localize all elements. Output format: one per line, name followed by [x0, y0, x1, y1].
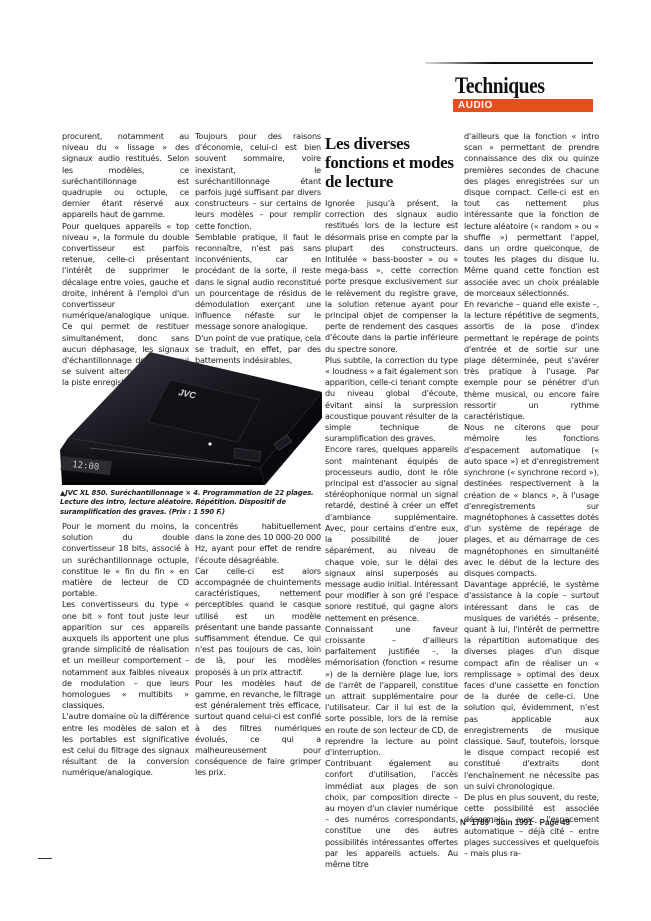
column-2-bottom: concentrés habituellement dans la zone d… — [195, 521, 321, 779]
paragraph: Nous ne citerons que pour mémoire les fo… — [464, 422, 599, 579]
paragraph: En revanche – quand elle existe –, la le… — [464, 299, 599, 422]
header-rule — [425, 62, 593, 64]
paragraph: d'ailleurs que la fonction « intro scan … — [464, 131, 599, 299]
paragraph: Pour les modèles haut de gamme, en revan… — [195, 678, 321, 779]
paragraph: Contribuant également au confort d'utili… — [325, 758, 458, 870]
column-2-top: Toujours pour des raisons d'économie, ce… — [195, 131, 321, 366]
paragraph: Encore rares, quelques appareils sont ma… — [325, 444, 458, 623]
photo-caption: ▲JVC XL 850. Suréchantillonnage × 4. Pro… — [60, 489, 325, 517]
product-photo: JVC 12:00 — [60, 340, 322, 485]
subsection-label: AUDIO — [458, 99, 493, 112]
column-1-bottom: Pour le moment du moins, la solution du … — [62, 521, 189, 779]
paragraph: Toujours pour des raisons d'économie, ce… — [195, 131, 321, 232]
article-heading: Les diverses fonctions et modes de lectu… — [325, 134, 465, 191]
paragraph: procurent, notamment au niveau du « liss… — [62, 131, 189, 221]
paragraph: Les convertisseurs du type « one bit » f… — [62, 599, 189, 711]
paragraph: Pour le moment du moins, la solution du … — [62, 521, 189, 599]
page-footer: N° 1789 · Juin 1991 · Page 49 — [460, 818, 570, 827]
paragraph: Semblable pratique, il faut le reconnaît… — [195, 232, 321, 333]
paragraph: Connaissant une faveur croissante – d'ai… — [325, 624, 458, 758]
column-4: d'ailleurs que la fonction « intro scan … — [464, 131, 599, 859]
section-title: Techniques — [455, 73, 545, 99]
paragraph: L'autre domaine où la différence entre l… — [62, 711, 189, 778]
paragraph: Plus subtile, la correction du type « lo… — [325, 355, 458, 445]
paragraph: Ignorée jusqu'à présent, la correction d… — [325, 198, 458, 355]
paragraph: Davantage apprécié, le système d'assista… — [464, 579, 599, 792]
crop-mark — [38, 858, 52, 859]
paragraph: concentrés habituellement dans la zone d… — [195, 521, 321, 566]
paragraph: Car celle-ci est alors accompagnée de ch… — [195, 566, 321, 678]
column-3: Ignorée jusqu'à présent, la correction d… — [325, 198, 458, 870]
